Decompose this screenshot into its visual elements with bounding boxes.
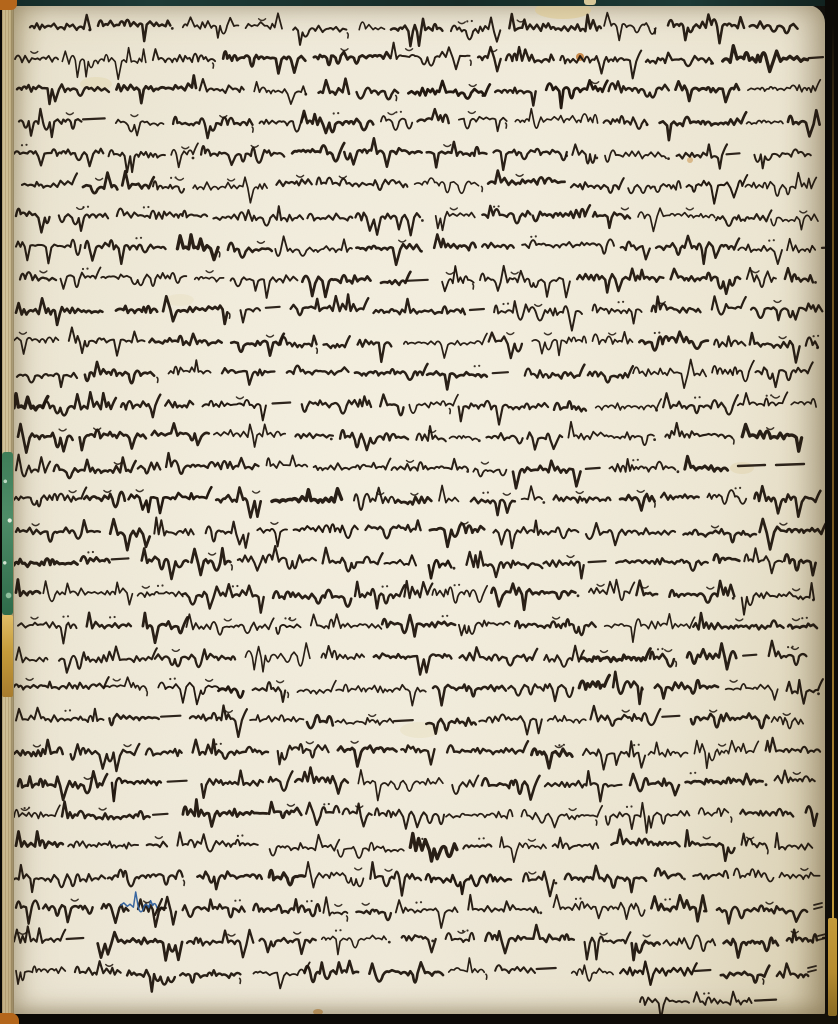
leather-corner-top-left [0, 0, 17, 10]
book-bottom-edge [0, 1014, 838, 1024]
book-top-edge [0, 0, 838, 6]
paper-notch-top [584, 0, 596, 5]
marbled-cover-edge [2, 452, 13, 615]
gilt-line-right [832, 24, 834, 924]
gilt-edge-bottom-right [828, 918, 837, 1016]
diary-page-paper [13, 5, 825, 1016]
scanned-diary-page-photo: Scanned page of a handwritten diary in G… [0, 0, 838, 1024]
leather-corner-bottom-left [0, 1013, 19, 1024]
gilt-edge-left [2, 615, 13, 697]
